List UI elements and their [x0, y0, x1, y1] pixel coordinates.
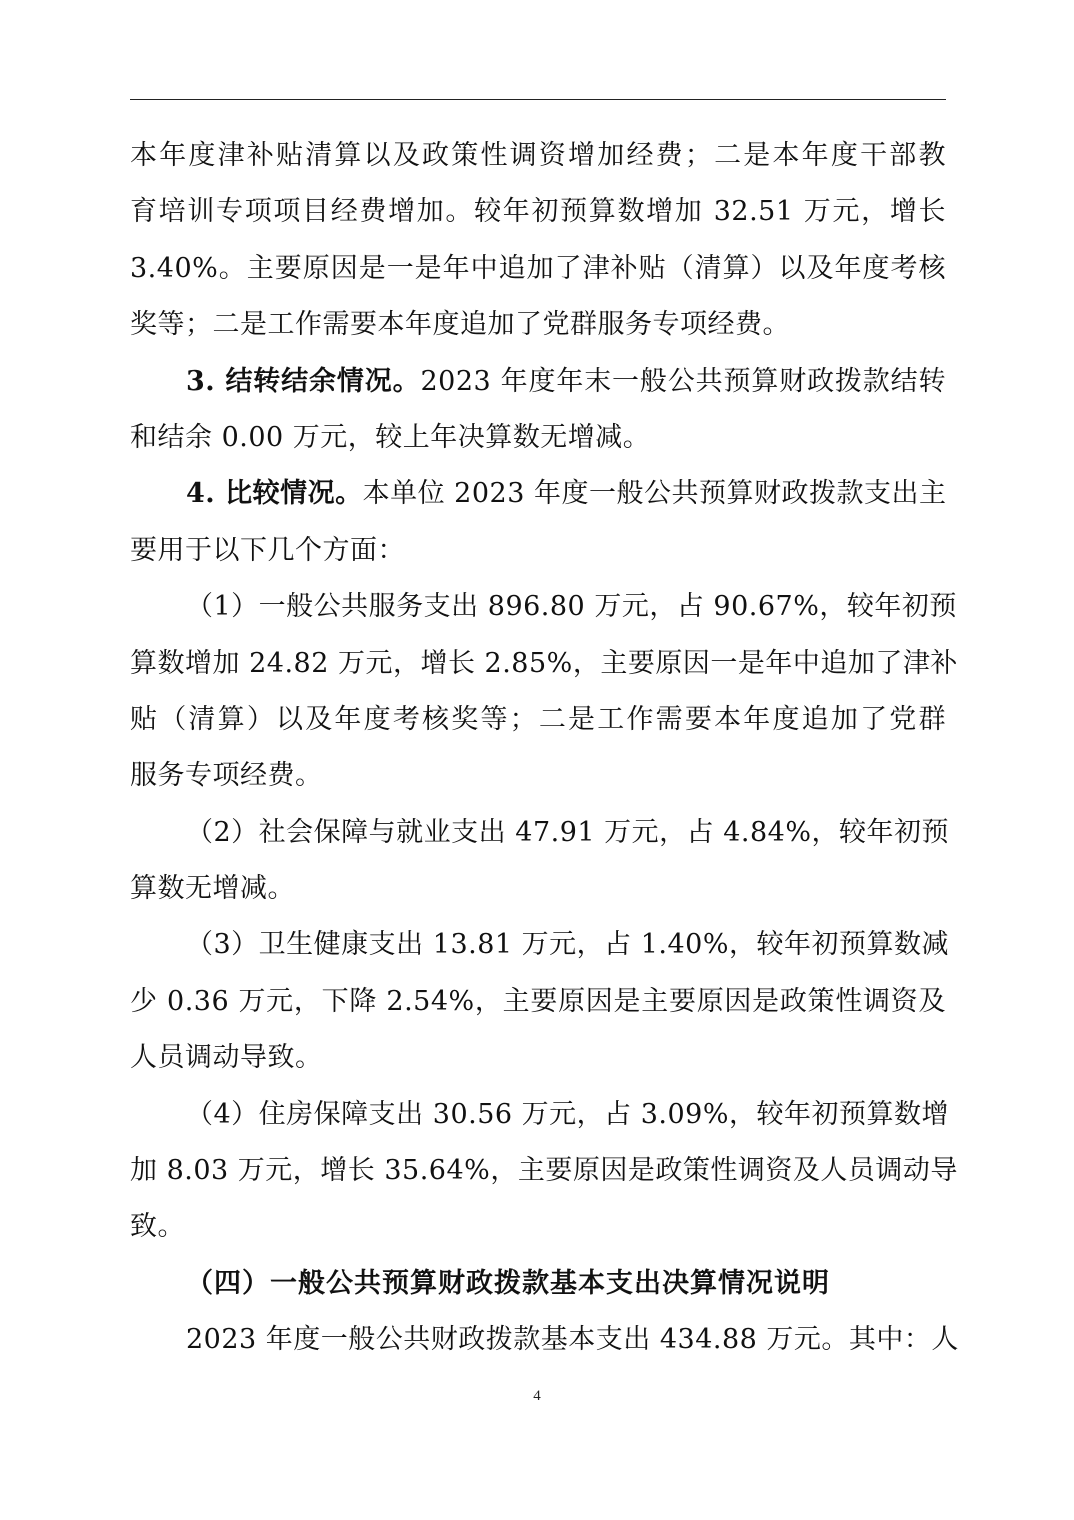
- text-line: 加 8.03 万元，增长 35.64%，主要原因是政策性调资及人员调动导: [130, 1143, 946, 1199]
- text-line: 少 0.36 万元，下降 2.54%，主要原因是主要原因是政策性调资及: [130, 974, 946, 1030]
- section-heading-basic-expenditure: （四）一般公共预算财政拨款基本支出决算情况说明: [130, 1256, 946, 1312]
- text-line: 本年度津补贴清算以及政策性调资增加经费；二是本年度干部教: [130, 128, 946, 184]
- section-comparison-line: 4. 比较情况。本单位 2023 年度一般公共预算财政拨款支出主: [130, 466, 946, 522]
- text-span: 2023 年度年末一般公共预算财政拨款结转: [420, 366, 946, 397]
- header-rule: [130, 99, 946, 100]
- item-2-line: （2）社会保障与就业支出 47.91 万元，占 4.84%，较年初预: [130, 805, 946, 861]
- text-line: 致。: [130, 1199, 946, 1255]
- item-3-line: （3）卫生健康支出 13.81 万元，占 1.40%，较年初预算数减: [130, 917, 946, 973]
- section-title-comparison: 4. 比较情况。: [186, 478, 363, 509]
- text-line: 2023 年度一般公共财政拨款基本支出 434.88 万元。其中：人: [130, 1312, 946, 1368]
- text-line: 服务专项经费。: [130, 748, 946, 804]
- document-body: 本年度津补贴清算以及政策性调资增加经费；二是本年度干部教 育培训专项项目经费增加…: [130, 128, 946, 1369]
- item-1-line: （1）一般公共服务支出 896.80 万元，占 90.67%，较年初预: [130, 579, 946, 635]
- text-line: 和结余 0.00 万元，较上年决算数无增减。: [130, 410, 946, 466]
- text-line: 算数增加 24.82 万元，增长 2.85%，主要原因一是年中追加了津补: [130, 636, 946, 692]
- text-line: 3.40%。主要原因是一是年中追加了津补贴（清算）以及年度考核: [130, 241, 946, 297]
- section-title-carryover: 3. 结转结余情况。: [186, 366, 420, 397]
- text-line: 算数无增减。: [130, 861, 946, 917]
- item-4-line: （4）住房保障支出 30.56 万元，占 3.09%，较年初预算数增: [130, 1087, 946, 1143]
- text-line: 要用于以下几个方面：: [130, 523, 946, 579]
- page-number: 4: [0, 1388, 1074, 1405]
- text-line: 育培训专项项目经费增加。较年初预算数增加 32.51 万元，增长: [130, 184, 946, 240]
- section-carryover-line: 3. 结转结余情况。2023 年度年末一般公共预算财政拨款结转: [130, 354, 946, 410]
- text-line: 人员调动导致。: [130, 1030, 946, 1086]
- text-line: 贴（清算）以及年度考核奖等；二是工作需要本年度追加了党群: [130, 692, 946, 748]
- text-span: 本单位 2023 年度一般公共预算财政拨款支出主: [363, 478, 947, 509]
- text-line: 奖等；二是工作需要本年度追加了党群服务专项经费。: [130, 297, 946, 353]
